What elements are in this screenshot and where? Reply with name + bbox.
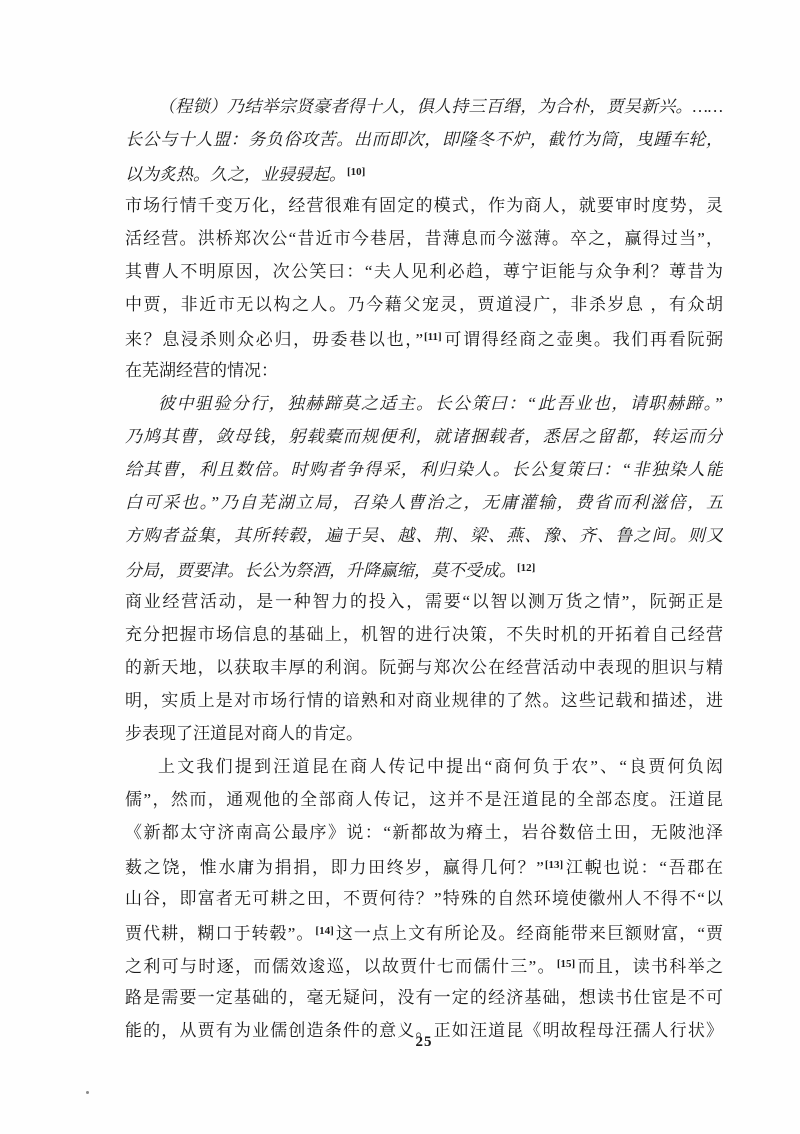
line-text: 明，实质上是对市场行情的谙熟和对商业规律的了然。这些记载和描述，进: [125, 691, 723, 710]
line-text: 充分把握市场信息的基础上，机智的进行决策，不失时机的开拓着自己经营: [125, 625, 723, 644]
line-text: 上文我们提到汪道昆在商人传记中提出“商何负于农”、“良贾何负闳: [158, 757, 723, 776]
footnote-ref: [12]: [516, 562, 536, 574]
line-text: 以为炙热。久之，业骎骎起。: [125, 165, 346, 184]
text-line: 《新都太守济南高公最序》说：“新都故为瘠土，岩谷数倍土田，无陂池泽: [125, 816, 723, 849]
footnote-ref: [10]: [346, 166, 366, 178]
text-line: 贾代耕，糊口于转毂”。[14]这一点上文有所论及。经商能带来巨额财富，“贾: [125, 915, 723, 948]
text-line: 市场行情千变万化，经营很难有固定的模式，作为商人，就要审时度势，灵: [125, 189, 723, 222]
text-line: 白可采也。”乃自芜湖立局，召染人曹治之，无庸灌输，费省而利滋倍，五: [125, 486, 723, 519]
line-text: 薮之饶，惟水庸为捐捐，即力田终岁，赢得几何？”: [125, 858, 544, 877]
text-line: （程锁）乃结举宗贤豪者得十人，俱人持三百缗，为合朴，贾吴新兴。……: [125, 90, 723, 123]
line-text: 步表现了汪道昆对商人的肯定。: [125, 724, 363, 743]
line-text: 白可采也。”乃自芜湖立局，召染人曹治之，无庸灌输，费省而利滋倍，五: [125, 493, 723, 512]
text-line: 充分把握市场信息的基础上，机智的进行决策，不失时机的开拓着自己经营: [125, 618, 723, 651]
line-text: （程锁）乃结举宗贤豪者得十人，俱人持三百缗，为合朴，贾吴新兴。……: [158, 97, 723, 116]
line-text: 中贾，非近市无以构之人。乃今藉父宠灵，贾道浸广，非杀岁息 ，有众胡: [125, 295, 723, 314]
line-text: 在芜湖经营的情况：: [125, 361, 278, 380]
text-line: 分局，贾要津。长公为祭酒，升降赢缩，莫不受成。[12]: [125, 552, 723, 585]
text-lines: （程锁）乃结举宗贤豪者得十人，俱人持三百缗，为合朴，贾吴新兴。……长公与十人盟：…: [125, 90, 723, 1047]
line-text: 路是需要一定基础的，毫无疑问，没有一定的经济基础，想读书仕宦是不可: [125, 988, 723, 1007]
text-line: 以为炙热。久之，业骎骎起。[10]: [125, 156, 723, 189]
text-line: 明，实质上是对市场行情的谙熟和对商业规律的了然。这些记载和描述，进: [125, 684, 723, 717]
footnote-ref: [15]: [556, 958, 576, 970]
text-line: 上文我们提到汪道昆在商人传记中提出“商何负于农”、“良贾何负闳: [125, 750, 723, 783]
line-text: 乃鸠其曹，敛母钱，躬载橐而规便利，就诸捆载者，悉居之留都，转运而分: [125, 427, 723, 446]
text-line: 给其曹，利且数倍。时购者争得采，利归染人。长公复策曰：“非独染人能: [125, 453, 723, 486]
text-line: 山谷，即富者无可耕之田，不贾何待？”特殊的自然环境使徽州人不得不“以: [125, 882, 723, 915]
line-text: 方购者益集，其所转毂，遍于吴、越、荆、梁、燕、豫、齐、鲁之间。则又: [125, 526, 723, 545]
text-line: 步表现了汪道昆对商人的肯定。: [125, 717, 723, 750]
text-line: 其曹人不明原因，次公笑曰：“夫人见利必趋，蒪宁讵能与众争利？蒪昔为: [125, 255, 723, 288]
text-line: 在芜湖经营的情况：: [125, 354, 723, 387]
text-line: 的新天地，以获取丰厚的利润。阮弼与郑次公在经营活动中表现的胆识与精: [125, 651, 723, 684]
text-line: 路是需要一定基础的，毫无疑问，没有一定的经济基础，想读书仕宦是不可: [125, 981, 723, 1014]
line-text: 给其曹，利且数倍。时购者争得采，利归染人。长公复策曰：“非独染人能: [125, 460, 723, 479]
line-text: 这一点上文有所论及。经商能带来巨额财富，“贾: [335, 924, 723, 943]
line-text: 而且，读书科举之: [576, 957, 723, 976]
line-text: 山谷，即富者无可耕之田，不贾何待？”特殊的自然环境使徽州人不得不“以: [125, 889, 723, 908]
line-text: 彼中驵验分行，独赫蹄莫之适主。长公策曰：“此吾业也，请职赫蹄。”: [158, 394, 723, 413]
line-text: 活经营。洪桥郑次公“昔近市今巷居，昔薄息而今滋薄。卒之，赢得过当”，: [125, 229, 723, 248]
line-text: 儒”，然而，通观他的全部商人传记，这并不是汪道昆的全部态度。汪道昆: [125, 790, 723, 809]
line-text: 可谓得经商之壶奥。我们再看阮弼: [443, 330, 723, 349]
text-line: 商业经营活动，是一种智力的投入，需要“以智以测万货之情”，阮弼正是: [125, 585, 723, 618]
line-text: 分局，贾要津。长公为祭酒，升降赢缩，莫不受成。: [125, 561, 516, 580]
text-line: 乃鸠其曹，敛母钱，躬载橐而规便利，就诸捆载者，悉居之留都，转运而分: [125, 420, 723, 453]
line-text: 市场行情千变万化，经营很难有固定的模式，作为商人，就要审时度势，灵: [125, 196, 723, 215]
line-text: 来？息浸杀则众必归，毋委巷以也，”: [125, 330, 423, 349]
line-text: 的新天地，以获取丰厚的利润。阮弼与郑次公在经营活动中表现的胆识与精: [125, 658, 723, 677]
document-page: （程锁）乃结举宗贤豪者得十人，俱人持三百缗，为合朴，贾吴新兴。……长公与十人盟：…: [0, 0, 800, 1134]
footnote-ref: [13]: [544, 859, 564, 871]
text-line: 之利可与时逐，而儒效逡巡，以故贾什七而儒什三”。[15]而且，读书科举之: [125, 948, 723, 981]
footnote-ref: [11]: [423, 331, 443, 343]
text-line: 活经营。洪桥郑次公“昔近市今巷居，昔薄息而今滋薄。卒之，赢得过当”，: [125, 222, 723, 255]
line-text: 江輗也说：“吾郡在: [564, 858, 723, 877]
text-line: 方购者益集，其所转毂，遍于吴、越、荆、梁、燕、豫、齐、鲁之间。则又: [125, 519, 723, 552]
text-line: 中贾，非近市无以构之人。乃今藉父宠灵，贾道浸广，非杀岁息 ，有众胡: [125, 288, 723, 321]
line-text: 《新都太守济南高公最序》说：“新都故为瘠土，岩谷数倍土田，无陂池泽: [125, 823, 723, 842]
page-number: 25: [125, 1034, 723, 1051]
line-text: 商业经营活动，是一种智力的投入，需要“以智以测万货之情”，阮弼正是: [125, 592, 723, 611]
text-line: 薮之饶，惟水庸为捐捐，即力田终岁，赢得几何？”[13]江輗也说：“吾郡在: [125, 849, 723, 882]
text-line: 儒”，然而，通观他的全部商人传记，这并不是汪道昆的全部态度。汪道昆: [125, 783, 723, 816]
line-text: 之利可与时逐，而儒效逡巡，以故贾什七而儒什三”。: [125, 957, 556, 976]
text-line: 来？息浸杀则众必归，毋委巷以也，”[11]可谓得经商之壶奥。我们再看阮弼: [125, 321, 723, 354]
line-text: 其曹人不明原因，次公笑曰：“夫人见利必趋，蒪宁讵能与众争利？蒪昔为: [125, 262, 723, 281]
line-text: 长公与十人盟：务负俗攻苦。出而即次，即隆冬不炉，截竹为筒，曳踵车轮，: [125, 130, 723, 149]
text-line: 长公与十人盟：务负俗攻苦。出而即次，即隆冬不炉，截竹为筒，曳踵车轮，: [125, 123, 723, 156]
scan-speck: [86, 1091, 89, 1094]
line-text: 贾代耕，糊口于转毂”。: [125, 924, 314, 943]
text-line: 彼中驵验分行，独赫蹄莫之适主。长公策曰：“此吾业也，请职赫蹄。”: [125, 387, 723, 420]
footnote-ref: [14]: [314, 925, 334, 937]
